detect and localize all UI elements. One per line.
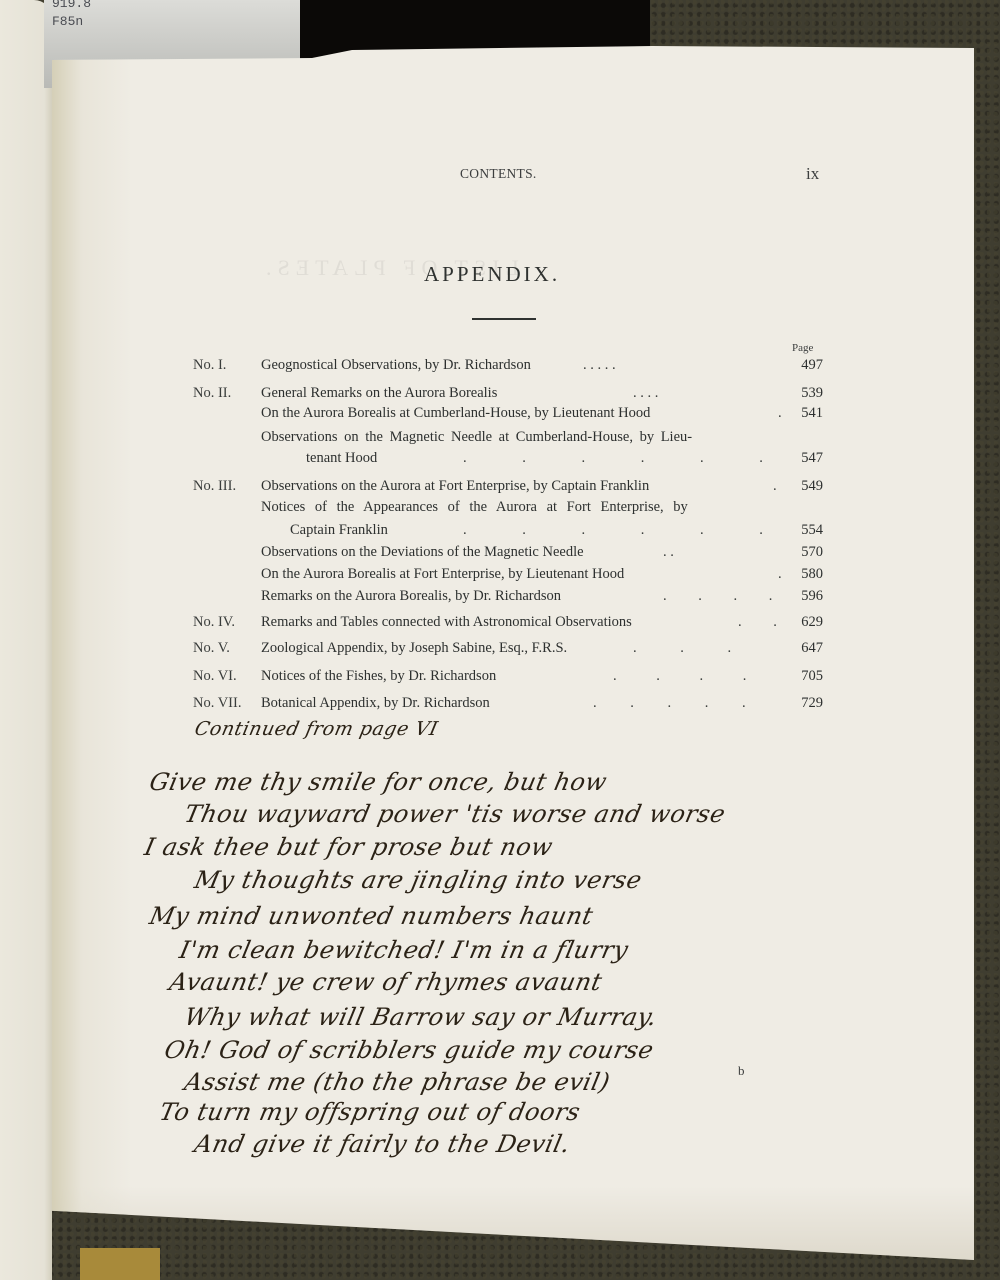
- leader-dots: .: [778, 405, 782, 422]
- toc-page-number: 539: [801, 385, 823, 402]
- poem-line: Oh! God of scribblers guide my course: [162, 1036, 656, 1064]
- appendix-number: No. VI.: [193, 668, 237, 685]
- poem-line: My thoughts are jingling into verse: [192, 866, 645, 894]
- toc-page-number: 729: [801, 695, 823, 712]
- leader-dots: . . . .: [613, 668, 746, 685]
- toc-row: No. I. Geognostical Observations, by Dr.…: [193, 357, 823, 379]
- toc-entry-text: Zoological Appendix, by Joseph Sabine, E…: [261, 640, 567, 657]
- appendix-number: No. V.: [193, 640, 230, 657]
- leader-dots: . . . .: [633, 385, 658, 402]
- toc-page-number: 596: [801, 588, 823, 605]
- toc-page-number: 580: [801, 566, 823, 583]
- toc-row: No. VII. Botanical Appendix, by Dr. Rich…: [193, 695, 823, 717]
- toc-entry-text: Observations on the Aurora at Fort Enter…: [261, 478, 649, 495]
- poem-line: Assist me (tho the phrase be evil): [182, 1068, 613, 1096]
- toc-row: tenant Hood . . . . . . 547: [193, 450, 823, 472]
- leader-dots: . . . . .: [583, 357, 616, 374]
- toc-row: No. VI. Notices of the Fishes, by Dr. Ri…: [193, 668, 823, 690]
- toc-entry-text: Geognostical Observations, by Dr. Richar…: [261, 357, 531, 374]
- toc-row: No. IV. Remarks and Tables connected wit…: [193, 614, 823, 636]
- toc-row: On the Aurora Borealis at Cumberland-Hou…: [193, 405, 823, 427]
- handwritten-continuation-note: Continued from page VI: [193, 718, 440, 740]
- toc-row: Observations on the Deviations of the Ma…: [193, 544, 823, 566]
- leader-dots: . . . . .: [593, 695, 746, 712]
- toc-row: No. V. Zoological Appendix, by Joseph Sa…: [193, 640, 823, 662]
- toc-entry-text: tenant Hood: [306, 450, 377, 467]
- appendix-number: No. IV.: [193, 614, 235, 631]
- toc-page-number: 647: [801, 640, 823, 657]
- leader-dots: . . .: [633, 640, 731, 657]
- poem-line: My mind unwonted numbers haunt: [147, 902, 596, 930]
- toc-entry-text: Remarks on the Aurora Borealis, by Dr. R…: [261, 588, 561, 605]
- poem-line: Give me thy smile for once, but how: [147, 768, 610, 796]
- toc-entry-text: General Remarks on the Aurora Borealis: [261, 385, 497, 402]
- poem-line: To turn my offspring out of doors: [157, 1098, 583, 1126]
- leader-dots: . . . . . .: [463, 522, 763, 539]
- poem-line: Thou wayward power 'tis worse and worse: [182, 800, 728, 828]
- leader-dots: . . . .: [663, 588, 772, 605]
- bookmark-tab: [80, 1248, 160, 1280]
- toc-entry-text: On the Aurora Borealis at Fort Enterpris…: [261, 566, 624, 583]
- toc-row: Captain Franklin . . . . . . 554: [193, 522, 823, 544]
- toc-row: No. II. General Remarks on the Aurora Bo…: [193, 385, 823, 407]
- toc-page-number: 541: [801, 405, 823, 422]
- toc-entry-text: Notices of the Appearances of the Aurora…: [261, 499, 688, 516]
- toc-page-number: 549: [801, 478, 823, 495]
- leader-dots: .: [773, 478, 777, 495]
- toc-entry-text: On the Aurora Borealis at Cumberland-Hou…: [261, 405, 650, 422]
- toc-page-number: 497: [801, 357, 823, 374]
- toc-page-number: 554: [801, 522, 823, 539]
- toc-entry-text: Captain Franklin: [290, 522, 388, 539]
- leader-dots: .: [778, 566, 782, 583]
- poem-line: I'm clean bewitched! I'm in a flurry: [177, 936, 631, 964]
- toc-row: Remarks on the Aurora Borealis, by Dr. R…: [193, 588, 823, 610]
- toc-row: Observations on the Magnetic Needle at C…: [193, 429, 823, 451]
- toc-page-number: 705: [801, 668, 823, 685]
- poem-line: Why what will Barrow say or Murray.: [182, 1003, 660, 1031]
- toc-entry-text: Observations on the Deviations of the Ma…: [261, 544, 584, 561]
- appendix-number: No. VII.: [193, 695, 241, 712]
- poem-line: I ask thee but for prose but now: [142, 833, 555, 861]
- leader-dots: . .: [738, 614, 777, 631]
- leader-dots: . . . . . .: [463, 450, 763, 467]
- toc-row: No. III. Observations on the Aurora at F…: [193, 478, 823, 500]
- toc-entry-text: Observations on the Magnetic Needle at C…: [261, 429, 692, 446]
- signature-mark: b: [738, 1063, 745, 1079]
- toc-page-number: 629: [801, 614, 823, 631]
- appendix-number: No. III.: [193, 478, 236, 495]
- poem-line: And give it fairly to the Devil.: [192, 1130, 573, 1158]
- appendix-number: No. II.: [193, 385, 231, 402]
- toc-entry-text: Notices of the Fishes, by Dr. Richardson: [261, 668, 496, 685]
- toc-entry-text: Botanical Appendix, by Dr. Richardson: [261, 695, 490, 712]
- toc-row: On the Aurora Borealis at Fort Enterpris…: [193, 566, 823, 588]
- toc-entry-text: Remarks and Tables connected with Astron…: [261, 614, 632, 631]
- appendix-number: No. I.: [193, 357, 226, 374]
- toc-page-number: 570: [801, 544, 823, 561]
- leader-dots: . .: [663, 544, 674, 561]
- toc-row: Notices of the Appearances of the Aurora…: [193, 499, 823, 521]
- toc-page-number: 547: [801, 450, 823, 467]
- poem-line: Avaunt! ye crew of rhymes avaunt: [167, 968, 605, 996]
